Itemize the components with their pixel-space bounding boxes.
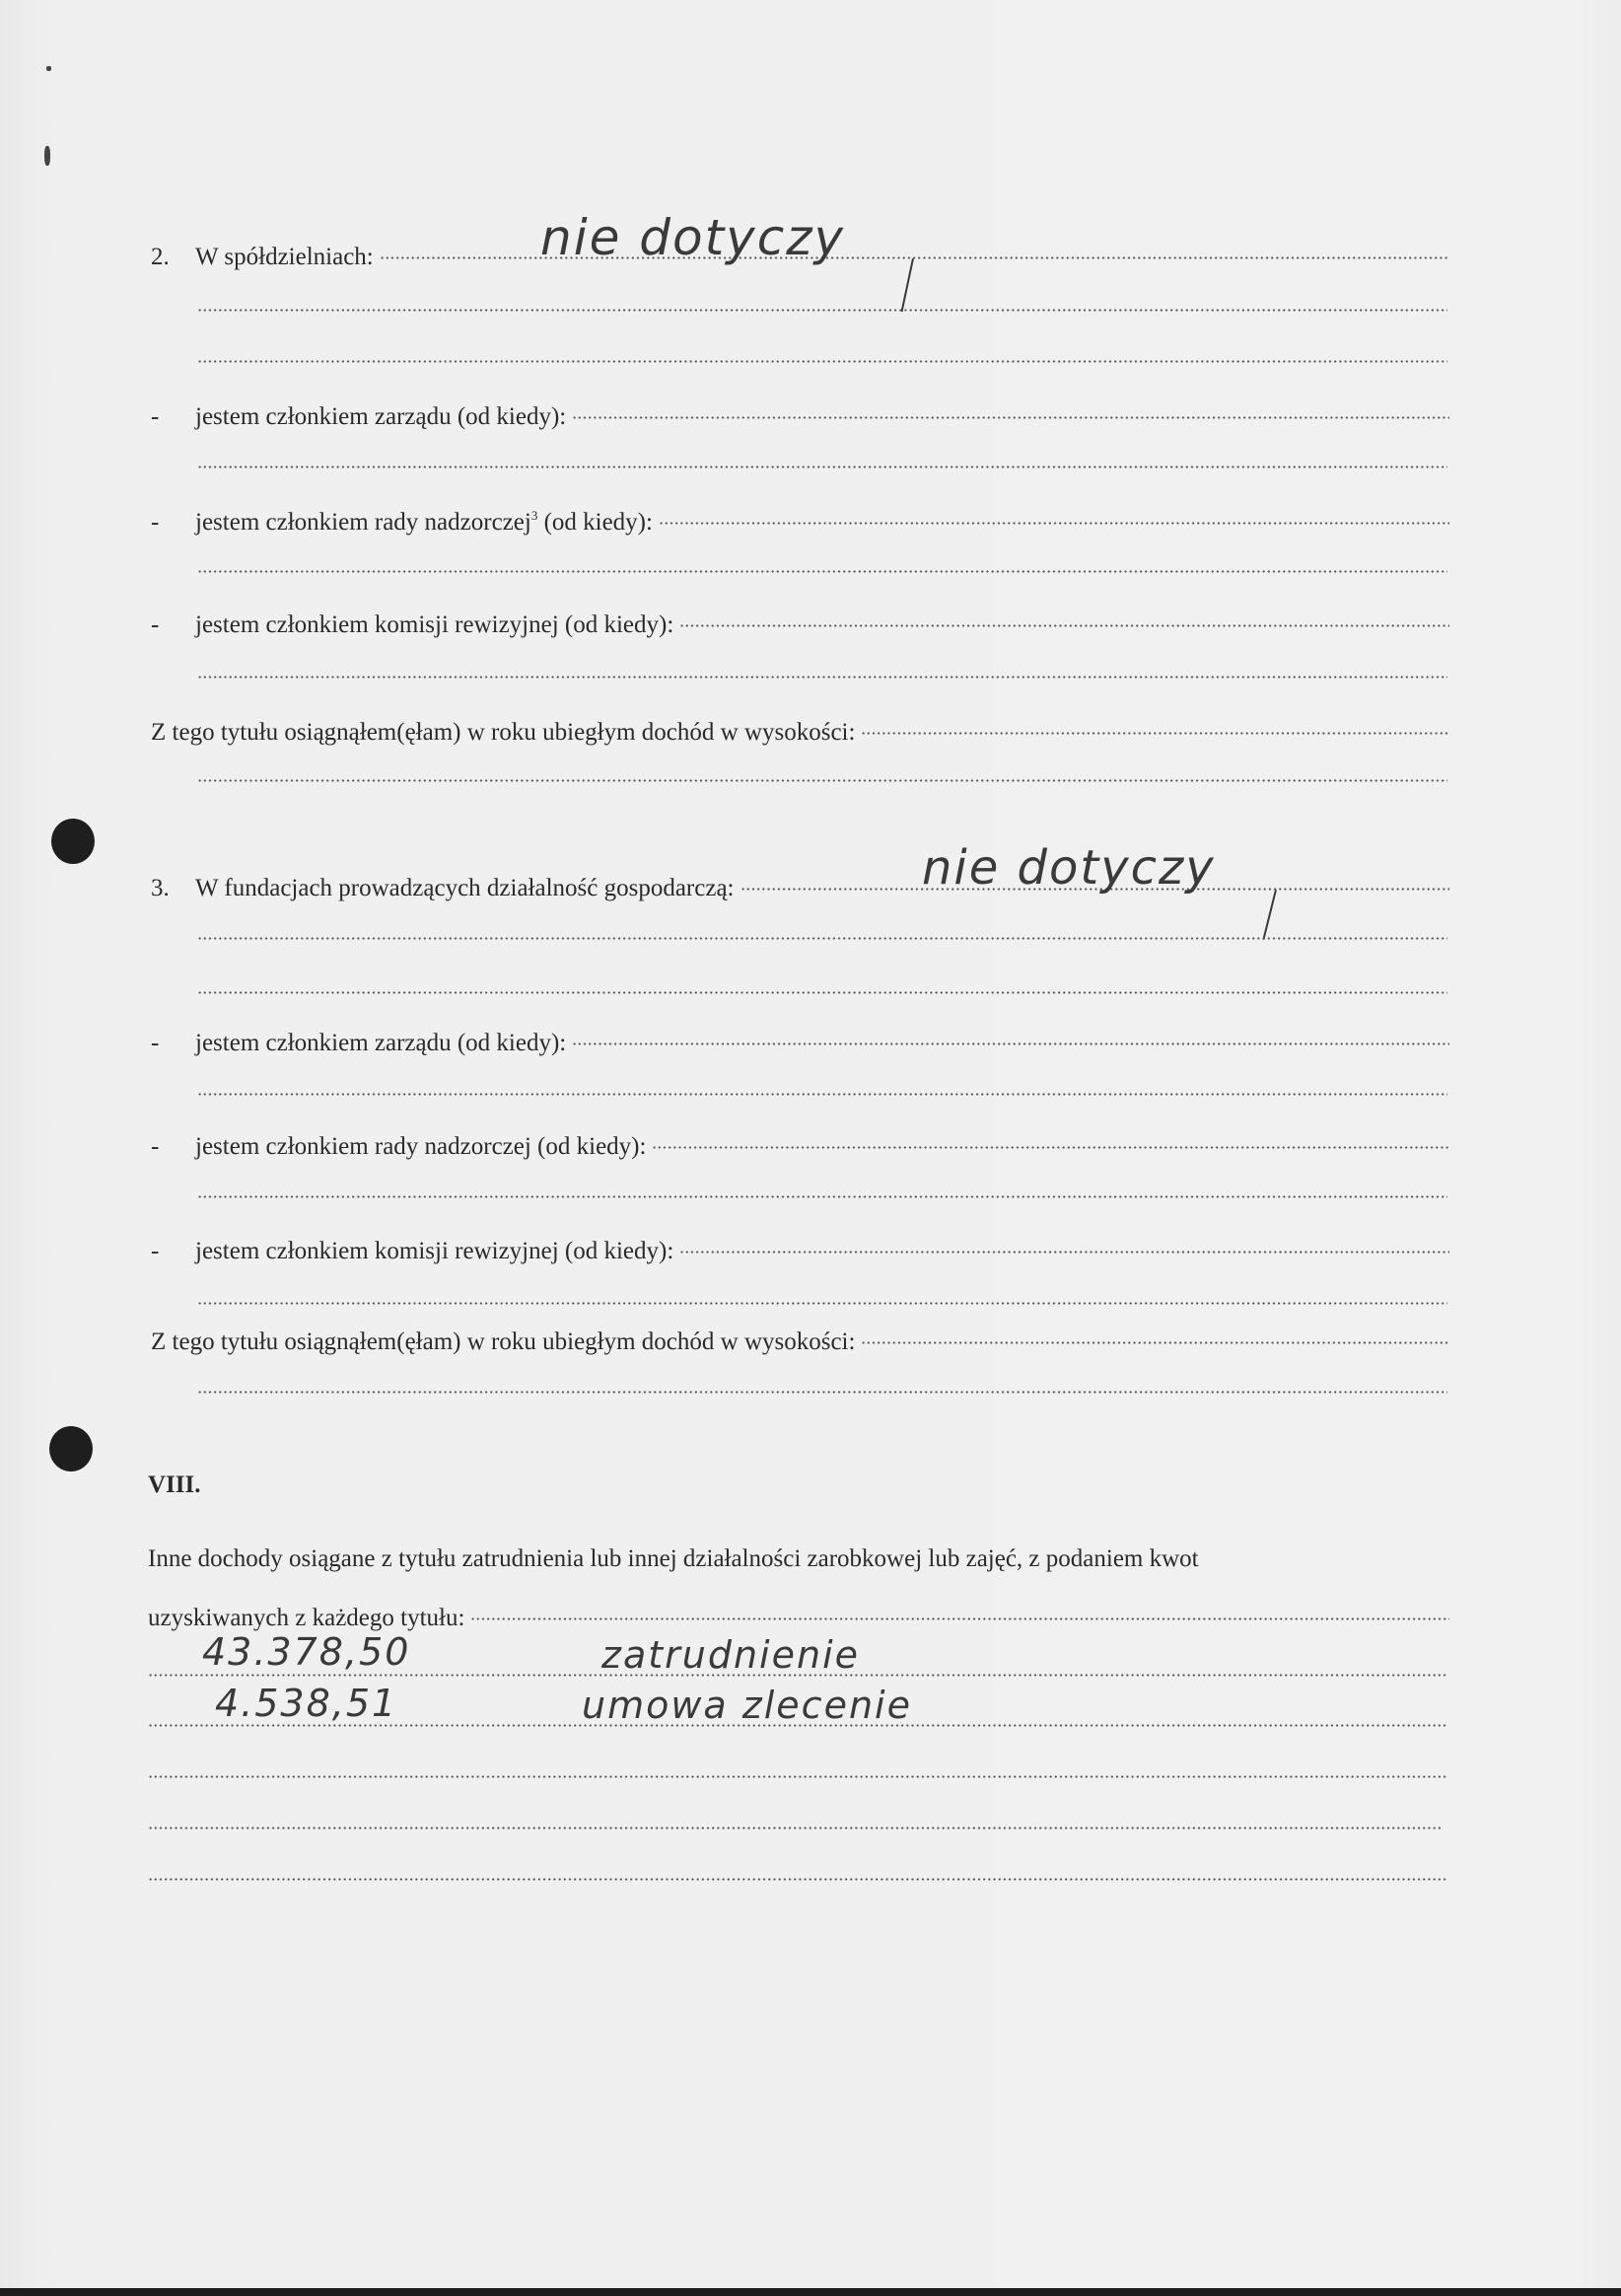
- section-2-board-label: jestem członkiem zarządu (od kiedy):: [195, 402, 566, 432]
- section-3-handwritten-answer: nie dotyczy: [922, 840, 1216, 896]
- audit-since-field[interactable]: [679, 603, 1449, 632]
- income-field[interactable]: [861, 710, 1449, 740]
- income-entry-source: umowa zlecenie: [582, 1684, 912, 1727]
- answer-field[interactable]: [470, 1596, 1449, 1625]
- punch-hole: [51, 819, 95, 864]
- section-3-title-row: 3. W fundacjach prowadzących działalność…: [151, 866, 1449, 903]
- answer-field[interactable]: [197, 309, 1447, 312]
- bullet-dash: -: [151, 402, 195, 432]
- document-page: 2. W spółdzielniach: nie dotyczy - jeste…: [0, 0, 1621, 2296]
- section-3-income-row: Z tego tytułu osiągnąłem(ęłam) w roku ub…: [151, 1320, 1449, 1357]
- description-text: Inne dochody osiągane z tytułu zatrudnie…: [148, 1544, 1199, 1574]
- bullet-dash: -: [151, 508, 195, 538]
- answer-field[interactable]: [197, 1195, 1447, 1198]
- answer-field[interactable]: [197, 1093, 1447, 1096]
- scan-speck: [46, 66, 51, 71]
- section-2-supervisory-label: jestem członkiem rady nadzorczej3 (od ki…: [195, 508, 653, 538]
- description-text: uzyskiwanych z każdego tytułu:: [148, 1604, 464, 1633]
- bullet-dash: -: [151, 1132, 195, 1162]
- bullet-dash: -: [151, 610, 195, 640]
- section-3-supervisory-label: jestem członkiem rady nadzorczej (od kie…: [195, 1132, 646, 1162]
- bullet-dash: -: [151, 1237, 195, 1266]
- footnote-marker: 3: [531, 508, 538, 523]
- answer-field[interactable]: [148, 1878, 1447, 1881]
- income-field[interactable]: [861, 1320, 1449, 1349]
- answer-field[interactable]: [197, 937, 1447, 940]
- section-2-audit-label: jestem członkiem komisji rewizyjnej (od …: [195, 610, 673, 640]
- section-2-audit-row: - jestem członkiem komisji rewizyjnej (o…: [151, 603, 1449, 640]
- section-3-audit-row: - jestem członkiem komisji rewizyjnej (o…: [151, 1229, 1449, 1266]
- section-3-board-label: jestem członkiem zarządu (od kiedy):: [195, 1029, 566, 1058]
- answer-field[interactable]: [148, 1827, 1442, 1830]
- section-8-description-line2: uzyskiwanych z każdego tytułu:: [148, 1596, 1449, 1633]
- board-since-field[interactable]: [572, 1021, 1449, 1050]
- section-8-description-line1: Inne dochody osiągane z tytułu zatrudnie…: [148, 1544, 1199, 1574]
- section-2-supervisory-row: - jestem członkiem rady nadzorczej3 (od …: [151, 500, 1449, 538]
- supervisory-text: jestem członkiem rady nadzorczej: [195, 509, 531, 536]
- supervisory-suffix: (od kiedy):: [544, 509, 653, 536]
- answer-field[interactable]: [197, 360, 1447, 363]
- section-3-title: W fundacjach prowadzących działalność go…: [195, 874, 735, 903]
- section-3-board-row: - jestem członkiem zarządu (od kiedy):: [151, 1021, 1449, 1058]
- section-8-heading: VIII.: [148, 1471, 201, 1499]
- scan-speck: [44, 146, 50, 166]
- scan-bottom-edge: [0, 2288, 1621, 2296]
- section-2-title: W spółdzielniach:: [195, 243, 374, 272]
- answer-field[interactable]: [197, 1302, 1447, 1305]
- income-entry-source: zatrudnienie: [601, 1633, 860, 1677]
- income-entry-amount: 43.378,50: [202, 1630, 410, 1674]
- supervisory-since-field[interactable]: [652, 1124, 1449, 1154]
- answer-field[interactable]: [197, 779, 1447, 782]
- section-2-number: 2.: [151, 243, 195, 272]
- answer-field[interactable]: [197, 570, 1447, 573]
- supervisory-since-field[interactable]: [659, 500, 1449, 530]
- answer-field[interactable]: [197, 991, 1447, 994]
- section-3-number: 3.: [151, 874, 195, 903]
- answer-field[interactable]: [197, 466, 1447, 468]
- answer-field[interactable]: [197, 676, 1447, 679]
- answer-field[interactable]: [148, 1775, 1447, 1778]
- section-2-income-row: Z tego tytułu osiągnąłem(ęłam) w roku ub…: [151, 710, 1449, 748]
- income-entry-amount: 4.538,51: [215, 1682, 397, 1725]
- audit-since-field[interactable]: [679, 1229, 1449, 1258]
- section-3-audit-label: jestem członkiem komisji rewizyjnej (od …: [195, 1237, 673, 1266]
- section-2-handwritten-answer: nie dotyczy: [540, 209, 845, 266]
- section-3-supervisory-row: - jestem członkiem rady nadzorczej (od k…: [151, 1124, 1449, 1162]
- board-since-field[interactable]: [572, 395, 1449, 424]
- answer-field[interactable]: [197, 1391, 1447, 1394]
- section-3-income-label: Z tego tytułu osiągnąłem(ęłam) w roku ub…: [151, 1327, 855, 1357]
- section-2-board-row: - jestem członkiem zarządu (od kiedy):: [151, 395, 1449, 432]
- section-2-income-label: Z tego tytułu osiągnąłem(ęłam) w roku ub…: [151, 718, 855, 748]
- punch-hole: [49, 1426, 93, 1471]
- bullet-dash: -: [151, 1029, 195, 1058]
